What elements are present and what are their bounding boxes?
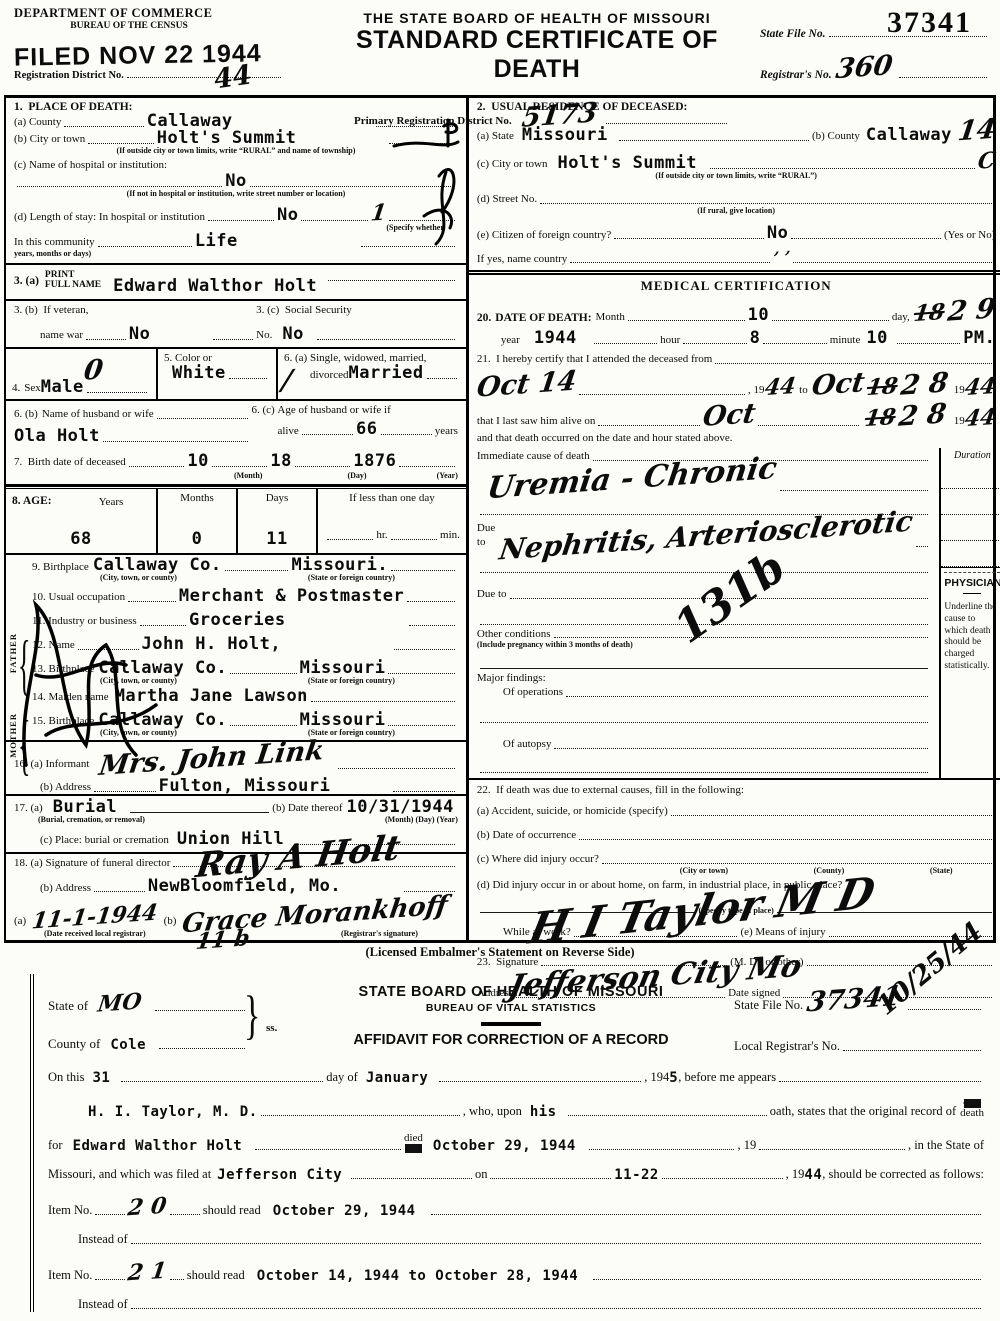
aff-l4d: , should be corrected as follows: (822, 1167, 984, 1182)
res-county-handwriting: 14 (956, 116, 997, 146)
dod-minute-line (897, 342, 960, 344)
city-line (88, 142, 154, 144)
s11-line (140, 624, 186, 626)
birthdate-line (129, 465, 185, 467)
signature-note: (M. D., or other) (730, 956, 803, 970)
sex-label: Sex (24, 382, 41, 396)
certificate-body: 1. PLACE OF DEATH: (a) CountyCallaway (b… (4, 95, 996, 943)
informant-address-line (94, 790, 156, 792)
section-age: 8. AGE: Years 68 Months 0 Days 11 If les… (6, 486, 466, 556)
s17-number: 17. (14, 802, 28, 814)
aff-year-digit: 5 (669, 1071, 678, 1085)
s13-line2 (388, 672, 454, 674)
item1-label: Item No. (48, 1203, 92, 1218)
name-number: 3. (a) (14, 275, 39, 287)
duration-row-3 (941, 515, 1000, 541)
item2-should-read: should read (187, 1268, 245, 1283)
community-line2 (361, 245, 455, 247)
autopsy-label: Of autopsy (477, 738, 552, 752)
aff-l1a: On this (48, 1070, 84, 1085)
marital-number: 6. (a) (284, 352, 307, 364)
community-note: years, months or days) (14, 250, 458, 259)
immediate-cause-label: Immediate cause of death (477, 450, 590, 464)
s15-line2 (388, 724, 454, 726)
physician-note: Underline the cause to which death shoul… (944, 602, 1000, 673)
date-thereof-label: (b) Date thereof (272, 802, 342, 816)
aff-l2b: oath, states that the original record of (770, 1104, 956, 1119)
item1-line0 (95, 1213, 125, 1215)
instead2-label: Instead of (78, 1297, 128, 1312)
aff-l3-line (255, 1148, 401, 1150)
means-injury-label: (e) Means of injury (740, 926, 825, 940)
marital-line (427, 377, 457, 379)
s12-line2 (394, 648, 455, 650)
signature-label: Signature (496, 956, 538, 968)
item1-number: 2 0 (127, 1195, 168, 1220)
burial-line (130, 811, 269, 813)
section-usual-residence: 2. USUAL RESIDENCE OF DECEASED: (a) Stat… (469, 98, 1000, 275)
where-injury-label: (c) Where did injury occur? (477, 853, 599, 867)
veteran-line2 (213, 338, 253, 340)
country-handwriting: ’ ’ (772, 250, 791, 267)
aff-board-title: STATE BOARD OF HEALTH OF MISSOURI (288, 984, 734, 1000)
s15-line (230, 724, 296, 726)
birth-year: 1876 (353, 453, 396, 470)
other-conditions-label: Other conditions (477, 628, 551, 642)
hr-line (327, 538, 373, 540)
stay-line (208, 219, 274, 221)
board-title: THE STATE BOARD OF HEALTH OF MISSOURI (314, 10, 760, 26)
s23-number: 23. (477, 956, 491, 968)
signature-line (541, 964, 727, 966)
burial-place-value: Union Hill (177, 831, 284, 848)
s19b-label: (b) (164, 915, 177, 929)
age-number: 8. (12, 495, 21, 507)
physician-divider (963, 593, 981, 594)
spouse-age-value: 66 (356, 421, 377, 438)
lastsaw-line2 (758, 424, 859, 426)
item2-number: 2 1 (127, 1260, 168, 1285)
operations-line (566, 695, 928, 697)
aff-state-line (155, 1009, 245, 1011)
from-year-hand: 44 (763, 375, 797, 399)
s15-value2: Missouri (300, 712, 386, 729)
birth-day: 18 (270, 453, 291, 470)
fullname-value: Edward Walthor Holt (113, 278, 317, 295)
due1-line2 (480, 571, 929, 573)
attended-text: I hereby certify that I attended the dec… (496, 353, 712, 365)
min-label: min. (440, 529, 460, 543)
fd-address-label: (b) Address (14, 882, 91, 896)
section-parents: FATHER { MOTHER { 9. BirthplaceCallaway … (6, 555, 466, 741)
sex-line (87, 391, 147, 393)
item2-line0 (95, 1278, 125, 1280)
informant-address-label: (b) Address (14, 781, 91, 795)
to-word: to (799, 384, 808, 398)
aff-l3b: , 19 (737, 1138, 756, 1153)
accident-line (671, 814, 993, 816)
namewar-label: name war (14, 329, 83, 343)
state-file-line (829, 35, 988, 37)
spouse-age-number: 6. (c) (251, 404, 274, 416)
dod-ampm: PM. (963, 330, 995, 347)
funeral-director-label: (a) Signature of funeral director (31, 857, 171, 869)
marital-value: Married (348, 365, 423, 382)
citizen-line2 (791, 237, 941, 239)
attended-from-value: Oct 14 (475, 367, 578, 401)
ss-no-label: No. (256, 329, 272, 343)
major-findings-label: Major findings: (477, 672, 932, 686)
sex-number: 4. (12, 382, 20, 396)
s18-number: 18. (14, 857, 28, 869)
aff-registrar-line (843, 1049, 981, 1051)
fullname-line (328, 279, 455, 281)
ss-value: No (282, 326, 303, 343)
s14-number: 14. (32, 691, 46, 703)
fd-address-value: NewBloomfield, Mo. (148, 878, 341, 895)
street-label: (d) Street No. (477, 193, 537, 207)
city-line2 (389, 142, 455, 144)
s9-value1: Callaway Co. (93, 557, 222, 574)
aff-l3-line3 (759, 1148, 905, 1150)
s13-value1: Callaway Co. (98, 660, 227, 677)
item1-value: October 29, 1944 (273, 1204, 416, 1218)
spouse-line0 (157, 417, 249, 419)
aff-file-label: State File No. (734, 998, 803, 1013)
hr-label: hr. (376, 529, 387, 543)
community-line (98, 245, 192, 247)
bureau-line: BUREAU OF THE CENSUS (14, 21, 244, 31)
section-place-of-death: 1. PLACE OF DEATH: (a) CountyCallaway (b… (6, 98, 466, 265)
ss-label: ss. (266, 1022, 277, 1034)
aff-l4-line2 (490, 1177, 611, 1179)
aff-l1d: , before me appears (678, 1070, 776, 1085)
alive-label: alive (251, 425, 298, 439)
county-label: (a) County (14, 116, 61, 130)
s12-number: 12. (32, 639, 46, 651)
dod-year-value: 1944 (534, 330, 577, 347)
aff-l1c: , 194 (644, 1070, 669, 1085)
dod-minute-label: minute (830, 334, 861, 348)
dod-hour-line2 (763, 342, 826, 344)
item1-should-read: should read (203, 1203, 261, 1218)
dod-hour-line (683, 342, 746, 344)
country-line2 (793, 261, 993, 263)
birthdate-line2 (212, 465, 268, 467)
death-certificate-scan: DEPARTMENT OF COMMERCE BUREAU OF THE CEN… (0, 0, 1000, 1321)
right-column: 2. USUAL RESIDENCE OF DECEASED: (a) Stat… (469, 98, 1000, 940)
aff-l4-line (351, 1177, 472, 1179)
ss-label: Social Security (285, 304, 352, 316)
affidavit-title: AFFIDAVIT FOR CORRECTION OF A RECORD (288, 1032, 734, 1048)
father-brace: { (18, 627, 30, 705)
spouse-number: 6. (b) (14, 408, 38, 422)
s19-number: (a) (14, 915, 26, 929)
res-state-line (619, 139, 809, 141)
date-received-value: 11-1-1944 (31, 902, 159, 933)
aff-file-line (908, 1008, 981, 1010)
place-line (480, 911, 696, 913)
sec1-number: 1. (14, 101, 23, 113)
aff-l3c: , in the State of (908, 1138, 984, 1153)
attended-line (715, 362, 992, 364)
father-label: FATHER (8, 633, 18, 673)
burial-place-label: (c) Place: burial or cremation (14, 834, 169, 848)
sec2-title: USUAL RESIDENCE OF DECEASED: (491, 101, 687, 113)
county-line2 (376, 125, 455, 127)
occurrence-line (579, 838, 992, 840)
section-veteran-ss: 3. (b) If veteran, name warNo 3. (c) Soc… (6, 301, 466, 349)
informant-address-value: Fulton, Missouri (159, 778, 331, 795)
section-burial: 17. (a) Burial (b) Date thereof 10/31/19… (6, 796, 466, 854)
res-county-value: Callaway (866, 127, 952, 144)
citizen-label: (e) Citizen of foreign country? (477, 229, 611, 243)
where-note-city: (City or town) (680, 867, 728, 876)
city-value: Holt's Summit (157, 130, 297, 147)
other-line (554, 636, 929, 638)
aff-death-word: death (960, 1108, 984, 1119)
dod-day-struck: 18 (912, 301, 946, 325)
item2-label: Item No. (48, 1268, 92, 1283)
burial-value: Burial (53, 799, 117, 816)
aff-state-value: MO (97, 990, 144, 1015)
aff-l4a: Missouri, and which was filed at (48, 1167, 211, 1182)
s10-label: Usual occupation (49, 591, 126, 603)
place-note: (Specify type of place) (698, 907, 773, 916)
stay-handwriting: 1 (369, 202, 387, 225)
res-county-label: (b) County (812, 130, 860, 144)
spouse-age-line (302, 433, 353, 435)
age-less-label: If less than one day (324, 492, 460, 506)
s22-title: If death was due to external causes, fil… (496, 784, 744, 796)
medical-certification-title: MEDICAL CERTIFICATION (469, 275, 1000, 295)
registrar-number-line (899, 76, 987, 78)
s16-number: 16. (14, 758, 28, 770)
funeral-director-line (173, 865, 455, 867)
burial-note: (Burial, cremation, or removal) (38, 816, 145, 825)
s11-number: 11. (32, 615, 45, 627)
s11-line2 (409, 624, 455, 626)
year-note: (Year) (437, 471, 458, 480)
citizen-value: No (767, 225, 788, 242)
section-sex-color-marital: 4. SexMale 0 5. Color or White 6. (a) Si… (6, 349, 466, 401)
veteran-label: If veteran, (43, 304, 88, 316)
section-full-name: 3. (a) PRINT FULL NAME Edward Walthor Ho… (6, 265, 466, 301)
res-city-value: Holt's Summit (557, 155, 697, 172)
informant-line (338, 767, 455, 769)
aff-l4c: , 19 (786, 1167, 805, 1182)
last-month: Oct (701, 400, 757, 431)
s12-value: John H. Holt, (142, 636, 282, 653)
s15-note1: (City, town, or county) (32, 729, 245, 738)
aff-filed-date: 11-22 (614, 1168, 659, 1182)
informant-address-line2 (393, 790, 455, 792)
aff-l3a: for (48, 1138, 63, 1153)
s9-line (225, 569, 289, 571)
s12-line (78, 648, 139, 650)
aff-l2a: , who, upon (463, 1104, 522, 1119)
marital-label2: divorced (284, 369, 348, 383)
certificate-header: DEPARTMENT OF COMMERCE BUREAU OF THE CEN… (0, 0, 1000, 95)
birth-month: 10 (187, 453, 208, 470)
age-days-value: 11 (244, 531, 310, 548)
due2-line2 (480, 623, 929, 625)
color-label: Color or (175, 352, 212, 364)
spouse-label: Name of husband or wife (42, 408, 154, 422)
city-label: (b) City or town (14, 133, 85, 147)
due1-label: Due to (477, 522, 495, 550)
duration-row-2 (941, 489, 1000, 515)
ss-brace: } (244, 987, 260, 1048)
hospital-line (17, 185, 222, 187)
to-year: 44 (963, 375, 997, 399)
work-line (574, 935, 738, 937)
s17a-label: (a) (31, 802, 43, 814)
dod-month-label: Month (596, 311, 625, 325)
accident-label: (a) Accident, suicide, or homicide (spec… (477, 805, 668, 819)
aff-l1-line2 (439, 1080, 641, 1082)
ss-number: 3. (c) (256, 304, 279, 316)
aff-filed-at: Jefferson City (217, 1168, 342, 1182)
instead1-label: Instead of (78, 1232, 128, 1247)
date-of-death-label: DATE OF DEATH: (495, 312, 591, 324)
dod-year-label: year (501, 334, 520, 348)
s9-number: 9. (32, 561, 40, 573)
physician-label: PHYSICIAN (944, 577, 1000, 589)
veteran-number: 3. (b) (14, 304, 38, 316)
s22-number: 22. (477, 784, 491, 796)
spouse-line (103, 440, 249, 442)
section-attended: 21. I hereby certify that I attended the… (469, 349, 1000, 448)
spouse-value: Ola Holt (14, 428, 100, 445)
section-funeral-director: 18. (a) Signature of funeral director Ra… (6, 854, 466, 900)
aff-l3-line2 (589, 1148, 735, 1150)
s9-value2: Missouri. (291, 557, 388, 574)
signature-line2 (807, 964, 993, 966)
autopsy-line (554, 747, 928, 749)
s9-line2 (391, 569, 455, 571)
s15-number: 15. (32, 715, 46, 727)
aff-county-value: Cole (110, 1038, 146, 1052)
community-value: Life (195, 233, 238, 250)
cause-of-death-block: Immediate cause of death Uremia - Chroni… (469, 448, 1000, 780)
registrar-signature-note: (Registrar's signature) (341, 930, 418, 939)
due2-label: Due to (477, 588, 507, 602)
aff-l2-line (261, 1114, 460, 1116)
operations-line2 (480, 721, 929, 723)
s12-label: Name (49, 639, 75, 651)
duration-label: Duration (941, 448, 1000, 463)
street-line (540, 202, 992, 204)
from-line (579, 393, 745, 395)
hospital-line2 (250, 185, 455, 187)
aff-appearer-name: H. I. Taylor, M. D. (88, 1105, 258, 1119)
operations-label: Of operations (477, 686, 563, 700)
dod-hour-value: 8 (750, 330, 761, 347)
aff-l1-line3 (779, 1080, 981, 1082)
s14-value: Martha Jane Lawson (115, 688, 308, 705)
s15-label: Birthplace (49, 715, 95, 727)
informant-value: Mrs. John Link (98, 737, 326, 780)
s13-label: Birthplace (49, 663, 95, 675)
dod-hour-label: hour (660, 334, 680, 348)
veteran-value: No (129, 326, 150, 343)
aff-bureau-title: BUREAU OF VITAL STATISTICS (288, 1002, 734, 1014)
left-column: 1. PLACE OF DEATH: (a) CountyCallaway (b… (6, 98, 469, 940)
affidavit-section: State ofMO County ofCole } ss. STATE BOA… (30, 974, 990, 1312)
s20-number: 20. (477, 312, 491, 324)
community-label: In this community (14, 236, 95, 250)
aff-born-struck: born (405, 1144, 422, 1153)
s11-label: Industry or business (48, 615, 137, 627)
sec1-title: PLACE OF DEATH: (28, 101, 132, 113)
stay-label: (d) Length of stay: In hospital or insti… (14, 211, 205, 225)
stay-value: No (277, 207, 298, 224)
certificate-title: STANDARD CERTIFICATE OF DEATH (314, 26, 760, 84)
aff-subject-name: Edward Walthor Holt (73, 1139, 243, 1153)
hospital-note: (If not in hospital or institution, writ… (14, 190, 458, 199)
section-date-of-death: 20. DATE OF DEATH: Month 10 day, 18 2 9 … (469, 295, 1000, 349)
aff-l1-line (121, 1080, 323, 1082)
section-spouse-birthdate: 6. (b) Name of husband or wife Ola Holt … (6, 401, 466, 486)
sex-value: Male (41, 379, 84, 396)
age-days-label: Days (244, 492, 310, 506)
s10-value: Merchant & Postmaster (179, 588, 404, 605)
years-word: years (435, 425, 458, 439)
aff-l4b: on (475, 1167, 488, 1182)
s9-label: Birthplace (43, 561, 89, 573)
to-struck: 18 (866, 375, 900, 399)
street-note: (If rural, give location) (477, 207, 996, 216)
color-line (229, 377, 267, 379)
where-note-county: (County) (814, 867, 845, 876)
age-years-value: 68 (12, 531, 150, 548)
marital-label1: Single, widowed, married, (310, 352, 426, 364)
citizen-note: (Yes or No) (944, 229, 995, 243)
filed-date-stamp: FILED NOV 22 1944 (14, 38, 314, 72)
res-state-label: (a) State (477, 130, 514, 144)
last-year: 44 (963, 406, 997, 430)
other-line2 (480, 667, 929, 669)
spouse-age-line2 (381, 433, 432, 435)
birthdate-line4 (399, 465, 455, 467)
aff-divider (481, 1022, 541, 1026)
dod-year-line (594, 342, 657, 344)
color-value: White (172, 365, 226, 382)
month-note: (Month) (234, 471, 262, 480)
stay-line3 (389, 219, 455, 221)
res-city-handwriting: C (976, 149, 997, 172)
fd-address-line (94, 890, 145, 892)
fullname-label: FULL NAME (45, 281, 101, 291)
s14-label: Maiden name (49, 691, 109, 703)
aff-filed-year: 44 (804, 1168, 822, 1182)
day-note: (Day) (347, 471, 366, 480)
county-line (64, 125, 143, 127)
country-line (570, 261, 770, 263)
stay-line2 (301, 219, 367, 221)
lastsaw-line (598, 424, 699, 426)
s13-note2: (State or foreign country) (245, 677, 458, 686)
s10-line (128, 600, 176, 602)
s13-line (230, 672, 296, 674)
due2-line (510, 597, 929, 599)
last-struck: 18 (864, 406, 898, 430)
date-thereof-note: (Month) (Day) (Year) (385, 816, 458, 825)
aff-county-line (159, 1047, 245, 1049)
immediate-line2 (780, 489, 929, 491)
age-years-label: Years (72, 496, 150, 510)
